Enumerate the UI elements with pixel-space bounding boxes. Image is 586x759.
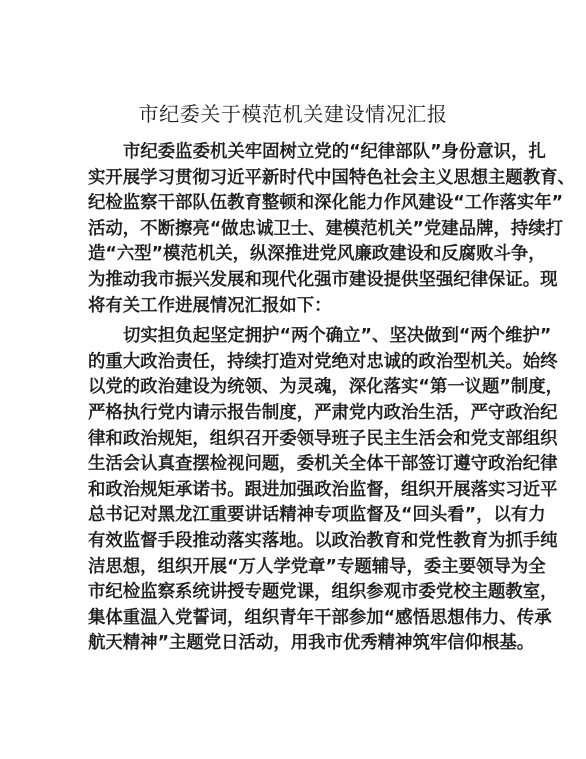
paragraph-line: 活动，不断擦亮“做忠诚卫士、建模范机关”党建品牌，持续打	[88, 217, 510, 243]
paragraph-line: 律和政治规矩，组织召开委领导班子民主生活会和党支部组织	[88, 427, 510, 453]
document-body: 市纪委监委机关牢固树立党的“纪律部队”身份意识，扎 实开展学习贯彻习近平新时代中…	[88, 140, 510, 657]
paragraph-line: 切实担负起坚定拥护“两个确立”、坚决做到“两个维护”	[88, 324, 510, 350]
paragraph-line: 市纪检监察系统讲授专题党课，组织参观市委党校主题教室，	[88, 580, 510, 606]
paragraph-line: 造“六型”模范机关，纵深推进党风廉政建设和反腐败斗争，	[88, 242, 510, 268]
paragraph-line: 总书记对黑龙江重要讲话精神专项监督及“回头看”，以有力	[88, 503, 510, 529]
paragraph-line: 生活会认真查摆检视问题，委机关全体干部签订遵守政治纪律	[88, 452, 510, 478]
paragraph-line: 有效监督手段推动落实落地。以政治教育和党性教育为抓手纯	[88, 529, 510, 555]
paragraph-line: 洁思想，组织开展“万人学党章”专题辅导，委主要领导为全	[88, 555, 510, 581]
paragraph-line: 纪检监察干部队伍教育整顿和深化能力作风建设“工作落实年”	[88, 191, 510, 217]
paragraph-line: 以党的政治建设为统领、为灵魂，深化落实“第一议题”制度，	[88, 375, 510, 401]
paragraph-line: 的重大政治责任，持续打造对党绝对忠诚的政治型机关。始终	[88, 350, 510, 376]
paragraph-line: 市纪委监委机关牢固树立党的“纪律部队”身份意识，扎	[88, 140, 510, 166]
document-title: 市纪委关于模范机关建设情况汇报	[0, 101, 586, 127]
paragraph-line: 将有关工作进展情况汇报如下：	[88, 294, 510, 320]
paragraph-line: 为推动我市振兴发展和现代化强市建设提供坚强纪律保证。现	[88, 268, 510, 294]
paragraph-line: 航天精神”主题党日活动，用我市优秀精神筑牢信仰根基。	[88, 631, 510, 657]
paragraph-line: 严格执行党内请示报告制度，严肃党内政治生活，严守政治纪	[88, 401, 510, 427]
paragraph-2: 切实担负起坚定拥护“两个确立”、坚决做到“两个维护” 的重大政治责任，持续打造对…	[88, 324, 510, 657]
paragraph-line: 和政治规矩承诺书。跟进加强政治监督，组织开展落实习近平	[88, 478, 510, 504]
document-page: 市纪委关于模范机关建设情况汇报 市纪委监委机关牢固树立党的“纪律部队”身份意识，…	[0, 0, 586, 759]
paragraph-line: 实开展学习贯彻习近平新时代中国特色社会主义思想主题教育、	[88, 166, 510, 192]
paragraph-line: 集体重温入党誓词，组织青年干部参加“感悟思想伟力、传承	[88, 606, 510, 632]
paragraph-1: 市纪委监委机关牢固树立党的“纪律部队”身份意识，扎 实开展学习贯彻习近平新时代中…	[88, 140, 510, 319]
